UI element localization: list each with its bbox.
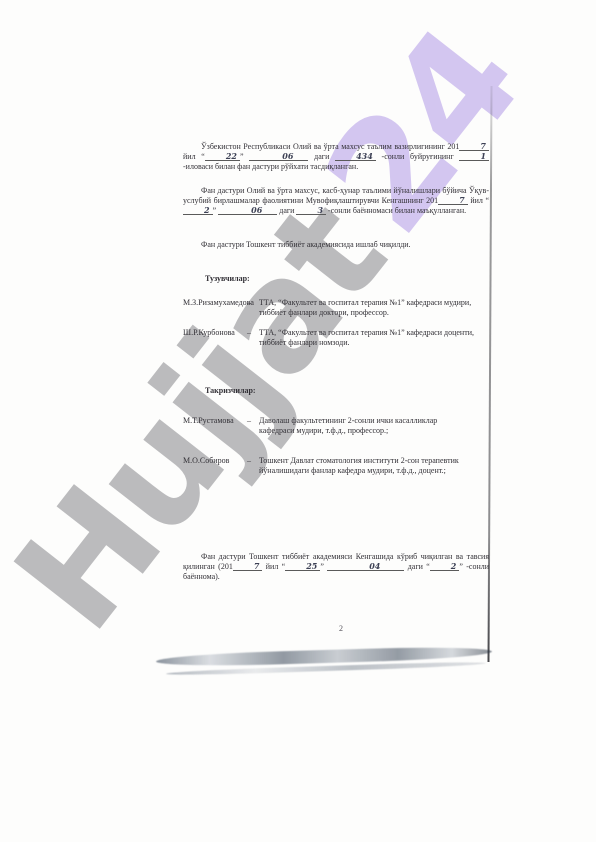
hw-month-2: 06 xyxy=(218,206,277,215)
dash-separator: – xyxy=(247,456,259,476)
hw-protocol-number-1: 3 xyxy=(296,206,326,215)
hw-year-3: 7 xyxy=(233,562,263,571)
hw-protocol-number-2: 2 xyxy=(430,562,460,571)
ministry-text-3: ” xyxy=(240,152,249,161)
document-body: Ўзбекистон Республикаси Олий ва ўрта мах… xyxy=(183,142,489,582)
hw-day-1: 22 xyxy=(205,152,240,161)
compiler-row: Ш.Р.Курбонова – ТТА, “Факультет ва госпи… xyxy=(183,328,489,348)
council-text-3: ” xyxy=(320,562,327,571)
page-number: 2 xyxy=(316,624,366,633)
coordination-council-paragraph: Фан дастури Олий ва ўрта махсус, касб-ҳу… xyxy=(183,186,489,216)
compiler-name: М.З.Ризамухамедова xyxy=(183,298,247,318)
coordination-text-4: даги xyxy=(277,206,296,215)
reviewer-name: М.О.Собиров xyxy=(183,456,247,476)
reviewer-row: М.О.Собиров – Тошкент Давлат стоматологи… xyxy=(183,456,489,476)
ministry-text-6: -иловаси билан фан дастури рўйхати тасди… xyxy=(183,162,358,171)
coordination-text-2: йил “ xyxy=(468,196,489,205)
developed-statement: Фан дастури Тошкент тиббиёт академиясида… xyxy=(183,240,489,250)
ministry-approval-paragraph: Ўзбекистон Республикаси Олий ва ўрта мах… xyxy=(183,142,489,172)
compiler-name: Ш.Р.Курбонова xyxy=(183,328,247,348)
ministry-text-2: йил “ xyxy=(183,152,205,161)
reviewer-row: М.Т.Рустамова – Даволаш факультетининг 2… xyxy=(183,416,489,436)
compiler-row: М.З.Ризамухамедова – ТТА, “Факультет ва … xyxy=(183,298,489,318)
dash-separator: – xyxy=(247,298,259,318)
compiler-description: ТТА, “Факультет ва госпитал терапия №1” … xyxy=(259,328,489,348)
dash-separator: – xyxy=(247,328,259,348)
council-text-2: йил “ xyxy=(262,562,285,571)
scanned-document-page: Hujjat24 Ўзбекистон Республикаси Олий ва… xyxy=(0,0,596,842)
hw-year-1: 7 xyxy=(459,142,489,151)
dash-separator: – xyxy=(247,416,259,436)
ministry-text-1: Ўзбекистон Республикаси Олий ва ўрта мах… xyxy=(201,142,459,151)
hw-year-2: 7 xyxy=(438,196,468,205)
compilers-heading: Тузувчилар: xyxy=(205,274,489,284)
hw-month-3: 04 xyxy=(327,562,404,571)
council-approval-paragraph: Фан дастури Тошкент тиббиёт академияси К… xyxy=(183,552,489,582)
reviewer-description: Тошкент Давлат стоматология институти 2-… xyxy=(259,456,489,476)
council-text-4: даги “ xyxy=(404,562,429,571)
reviewer-description: Даволаш факультетининг 2-сонли ички каса… xyxy=(259,416,489,436)
hw-appendix-number: 1 xyxy=(459,152,489,161)
ministry-text-5: -сонли буйруғининг xyxy=(376,152,460,161)
compiler-description: ТТА, “Факультет ва госпитал терапия №1” … xyxy=(259,298,489,318)
hw-month-1: 06 xyxy=(249,152,308,161)
reviewers-heading: Такризчилар: xyxy=(205,386,489,396)
reviewer-name: М.Т.Рустамова xyxy=(183,416,247,436)
hw-order-number: 434 xyxy=(335,152,376,161)
coordination-text-5: -сонли баённомаси билан маъқулланган. xyxy=(326,206,466,215)
hw-day-3: 25 xyxy=(285,562,320,571)
ministry-text-4: даги xyxy=(308,152,335,161)
hw-day-2: 2 xyxy=(183,206,213,215)
